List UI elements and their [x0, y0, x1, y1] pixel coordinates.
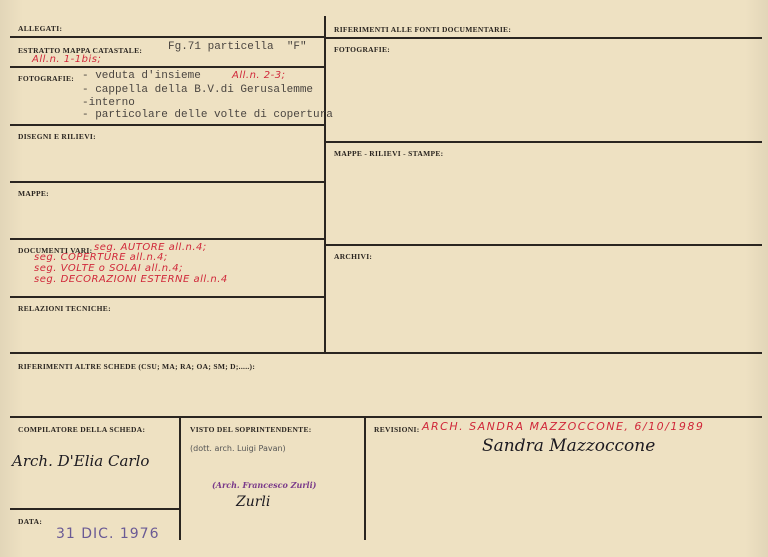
foto-line: - veduta d'insieme: [82, 70, 201, 82]
divider-bottom-2: [364, 417, 366, 540]
divider-main-vertical: [324, 16, 326, 352]
divider: [10, 238, 324, 240]
divider: [326, 37, 762, 39]
documenti-hand: seg. COPERTURE all.n.4;: [34, 252, 168, 263]
visto-stamp: (dott. arch. Luigi Pavan): [190, 444, 286, 453]
revisioni-signature: Sandra Mazzoccone: [482, 436, 655, 456]
right-mappe-label: MAPPE - RILIEVI - STAMPE:: [334, 149, 443, 158]
riferimenti-label: RIFERIMENTI ALLE FONTI DOCUMENTARIE:: [334, 25, 511, 34]
data-label: DATA:: [18, 517, 42, 526]
foto-line: - particolare delle volte di copertura: [82, 109, 333, 121]
divider: [10, 416, 762, 418]
compilatore-signature: Arch. D'Elia Carlo: [12, 452, 149, 470]
form-sheet: ALLEGATI: ESTRATTO MAPPA CATASTALE: Fg.7…: [0, 0, 768, 557]
archivi-label: ARCHIVI:: [334, 252, 372, 261]
fotografie-label: FOTOGRAFIE:: [18, 74, 74, 83]
divider: [10, 66, 324, 68]
divider: [10, 352, 762, 354]
divider: [10, 296, 324, 298]
documenti-hand: seg. VOLTE o SOLAI all.n.4;: [34, 263, 183, 274]
divider: [10, 508, 179, 510]
visto-signature: Zurli: [236, 494, 270, 510]
divider: [10, 181, 324, 183]
documenti-hand: seg. DECORAZIONI ESTERNE all.n.4: [34, 274, 228, 285]
compilatore-label: COMPILATORE DELLA SCHEDA:: [18, 425, 145, 434]
foto-line: - cappella della B.V.di Gerusalemme: [82, 84, 313, 96]
divider: [10, 124, 324, 126]
visto-stamp2: (Arch. Francesco Zurli): [212, 480, 316, 490]
divider: [326, 141, 762, 143]
data-stamp: 31 DIC. 1976: [56, 526, 159, 542]
divider: [10, 36, 324, 38]
allegati-label: ALLEGATI:: [18, 24, 62, 33]
foto-line: -interno: [82, 97, 135, 109]
relazioni-label: RELAZIONI TECNICHE:: [18, 304, 111, 313]
estratto-value: Fg.71 particella "F": [168, 41, 307, 53]
foto-hand: All.n. 2-3;: [232, 70, 285, 81]
visto-label: VISTO DEL SOPRINTENDENTE:: [190, 425, 312, 434]
divider-bottom-1: [179, 417, 181, 540]
revisioni-hand: ARCH. SANDRA MAZZOCCONE, 6/10/1989: [422, 420, 704, 433]
estratto-hand: All.n. 1-1bis;: [32, 54, 101, 65]
right-fotografie-label: FOTOGRAFIE:: [334, 45, 390, 54]
divider: [326, 244, 762, 246]
mappe-label: MAPPE:: [18, 189, 49, 198]
revisioni-label: REVISIONI:: [374, 425, 420, 434]
altre-schede-label: RIFERIMENTI ALTRE SCHEDE (CSU; MA; RA; O…: [18, 362, 255, 371]
disegni-label: DISEGNI E RILIEVI:: [18, 132, 96, 141]
